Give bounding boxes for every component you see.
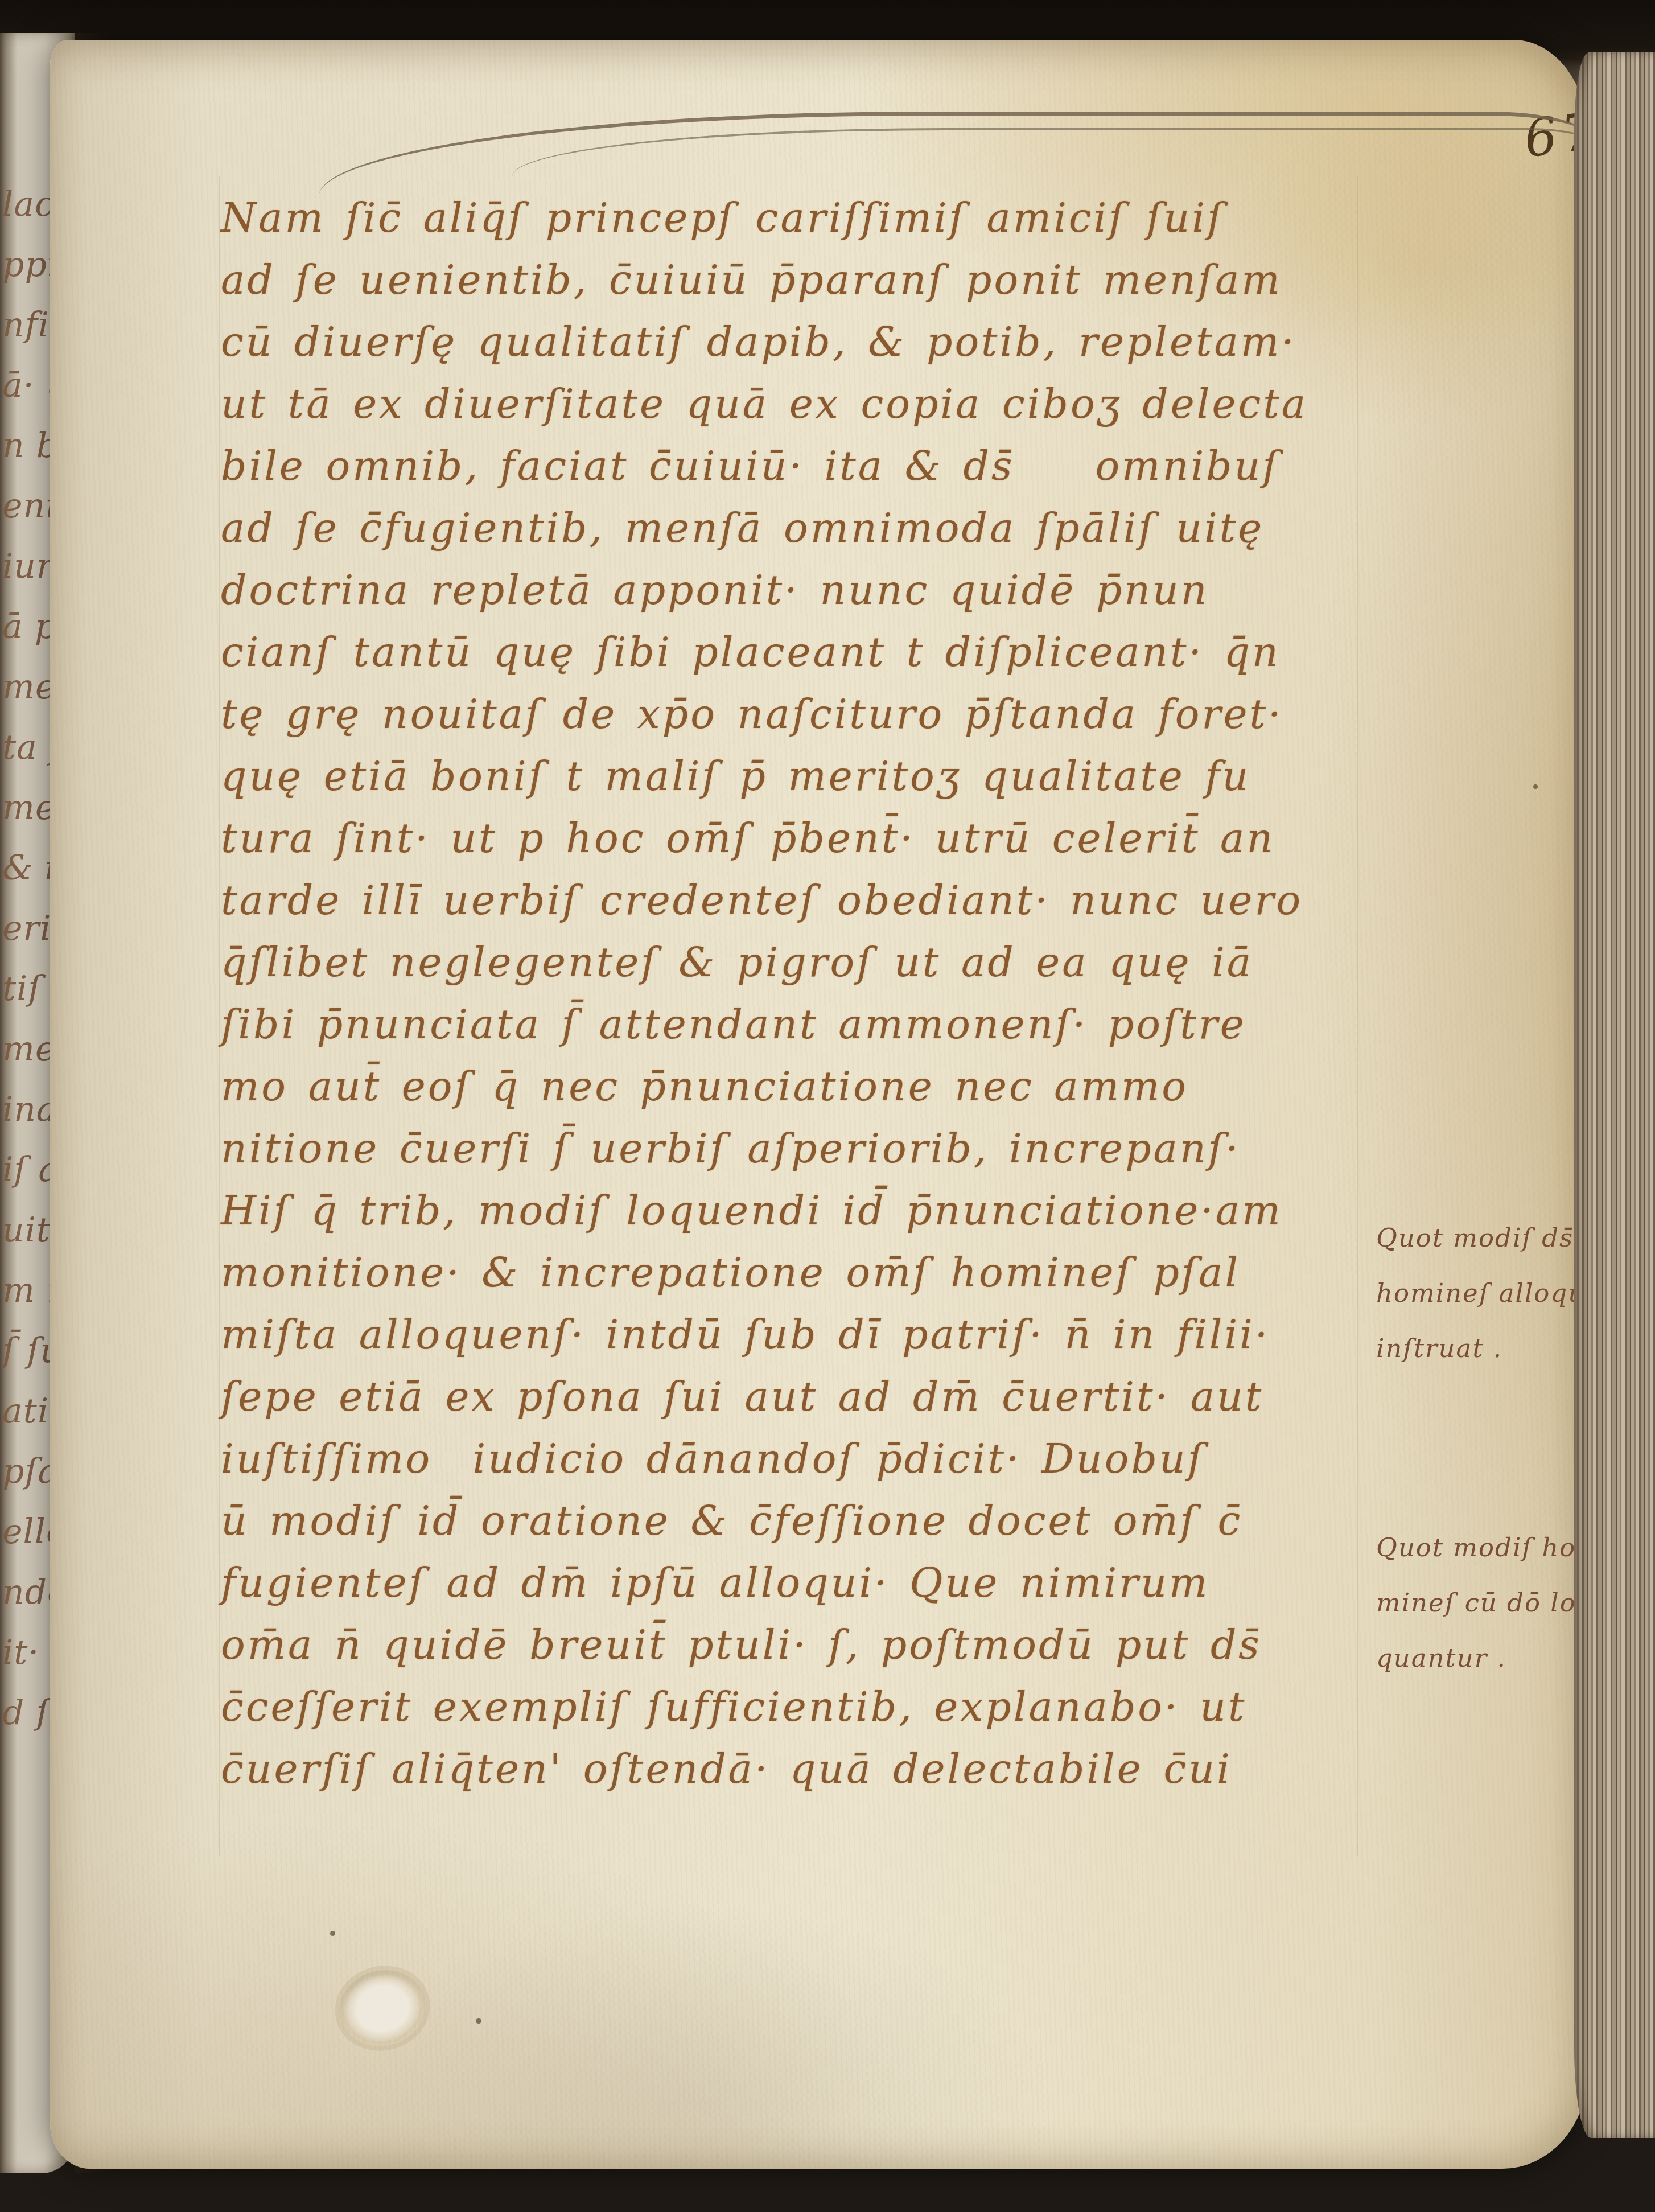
text-line: q̄ſlibet neglegenteſ & pigroſ ut ad ea q… (221, 931, 1416, 993)
main-text-block: Nam ſic̄ aliq̄ſ princepſ cariſſimiſ amic… (221, 187, 1416, 1800)
text-line: c̄uerſiſ aliq̄ten' oſtendā· quā delectab… (221, 1738, 1416, 1800)
text-line: doctrina repletā apponit· nunc quidē p̄n… (221, 559, 1416, 621)
text-line: iuſtiſſimo iudicio dānandoſ p̄dicit· Duo… (221, 1428, 1416, 1490)
parchment-leaf: 67 Nam ſic̄ aliq̄ſ princepſ cariſſimiſ a… (50, 40, 1588, 2169)
text-line: ſepe etiā ex pſona ſui aut ad dm̄ c̄uert… (221, 1366, 1416, 1428)
text-line: tę grę nouitaſ de xp̄o naſcituro p̄ſtand… (221, 683, 1416, 745)
manuscript-scan: lacta ſup ppiciatu nfirmitat ā· q́ corp … (0, 0, 1655, 2212)
parchment-repair-spot (331, 1962, 433, 2055)
ink-speck (1533, 784, 1538, 789)
text-line: ū modiſ id̄ oratione & c̄feſſione docet … (221, 1490, 1416, 1552)
ruling-line-left (219, 176, 220, 1856)
text-line: tura ſint· ut p hoc om̄ſ p̄bent̄· utrū c… (221, 807, 1416, 869)
ink-speck (330, 1931, 335, 1936)
text-line: ut tā ex diuerſitate quā ex copia ciboʒ … (221, 373, 1416, 435)
text-line: ſibi p̄nunciata ſ̄ attendant ammonenſ· p… (221, 993, 1416, 1055)
text-line: mo aut̄ eoſ q̄ nec p̄nunciatione nec amm… (221, 1055, 1416, 1117)
text-line: ad ſe uenientib, c̄uiuiū p̄paranſ ponit … (221, 249, 1416, 311)
text-line: om̄a n̄ quidē breuit̄ ptuli· ſ, poſtmodū… (221, 1614, 1416, 1676)
text-line: Hiſ q̄ trib, modiſ loquendi id̄ p̄nuncia… (221, 1179, 1416, 1241)
text-line: cianſ tantū quę ſibi placeant t diſplice… (221, 621, 1416, 683)
text-line: monitione· & increpatione om̄ſ homineſ p… (221, 1241, 1416, 1304)
text-line: ad ſe c̄fugientib, menſā omnimoda ſpāliſ… (221, 497, 1416, 559)
text-line: c̄ceſſerit exempliſ ſufficientib, explan… (221, 1676, 1416, 1738)
ink-speck (476, 2018, 481, 2024)
text-line: Nam ſic̄ aliq̄ſ princepſ cariſſimiſ amic… (221, 187, 1416, 249)
text-line: quę etiā boniſ t maliſ p̄ meritoʒ qualit… (221, 745, 1416, 807)
text-line: miſta alloquenſ· intdū ſub dī patriſ· n̄… (221, 1304, 1416, 1366)
fore-edge-page-stack (1574, 52, 1655, 2138)
text-line: nitione c̄uerſi ſ̄ uerbiſ aſperiorib, in… (221, 1117, 1416, 1179)
text-line: fugienteſ ad dm̄ ipſū alloqui· Que nimir… (221, 1552, 1416, 1614)
text-line: tarde illī uerbiſ credenteſ obediant· nu… (221, 869, 1416, 931)
text-line: cū diuerſę qualitatiſ dapib, & potib, re… (221, 311, 1416, 373)
text-line: bile omnib, faciat c̄uiuiū· ita & ds̄ om… (221, 435, 1416, 497)
